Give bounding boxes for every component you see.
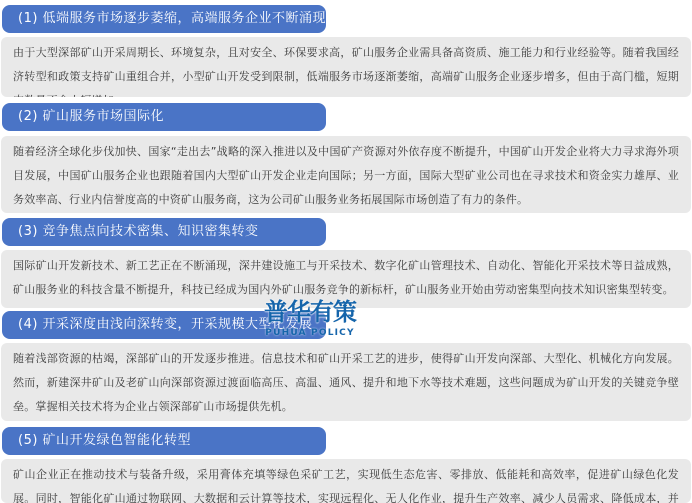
section-1-header-bar: (1) 低端服务市场逐步萎缩，高端服务企业不断涌现 [2,5,326,33]
section-3-paragraph: 国际矿山开发新技术、新工艺正在不断涌现，深井建设施工与开采技术、数字化矿山管理技… [1,250,691,308]
section-4-paragraph: 随着浅部资源的枯竭，深部矿山的开发逐步推进。信息技术和矿山开采工艺的进步，使得矿… [1,343,691,421]
section-2-paragraph: 随着经济全球化步伐加快、国家“走出去”战略的深入推进以及中国矿产资源对外依存度不… [1,136,691,213]
section-5-paragraph: 矿山企业正在推动技术与装备升级，采用膏体充填等绿色采矿工艺，实现低生态危害、零排… [1,459,691,503]
section-3-header-bar: (3) 竞争焦点向技术密集、知识密集转变 [2,218,326,246]
section-5-header-bar: (5) 矿山开发绿色智能化转型 [2,427,326,455]
section-2-header-bar: (2) 矿山服务市场国际化 [2,103,326,131]
section-1-paragraph: 由于大型深部矿山开采周期长、环境复杂，且对安全、环保要求高，矿山服务企业需具备高… [1,37,691,97]
report-page: (1) 低端服务市场逐步萎缩，高端服务企业不断涌现 由于大型深部矿山开采周期长、… [0,0,692,503]
section-4-header-bar: (4) 开采深度由浅向深转变，开采规模大型化发展 [2,311,326,339]
